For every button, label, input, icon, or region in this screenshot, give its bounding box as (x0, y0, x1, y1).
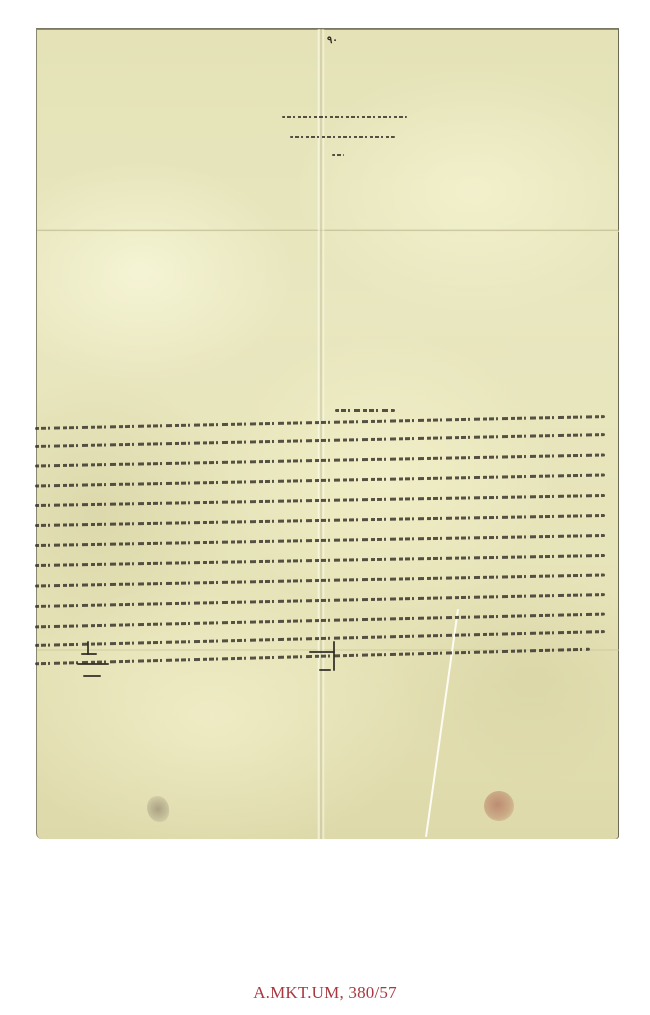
header-line (282, 116, 407, 118)
body-line (35, 433, 605, 448)
body-line (35, 494, 605, 507)
ink-stain (147, 796, 169, 822)
wax-seal-stain (484, 791, 514, 821)
archive-reference-caption: A.MKT.UM, 380/57 (0, 983, 650, 1003)
header-handwriting (262, 114, 412, 164)
body-line (35, 534, 605, 547)
page-number: ٩٠ (327, 35, 338, 46)
body-line (35, 613, 605, 629)
body-line (35, 593, 605, 608)
signature-right (309, 647, 349, 697)
body-line (35, 474, 605, 488)
body-line (35, 415, 605, 430)
document-scan: ٩٠ (36, 28, 619, 839)
header-line (332, 154, 344, 156)
body-line (335, 409, 395, 412)
body-line (35, 454, 605, 468)
header-line (290, 136, 395, 138)
signature-left (77, 641, 117, 691)
body-line (35, 514, 605, 527)
horizontal-fold (37, 229, 619, 232)
body-line (35, 554, 605, 567)
body-line (35, 574, 605, 588)
body-line (35, 630, 605, 647)
handwritten-body (35, 409, 605, 669)
